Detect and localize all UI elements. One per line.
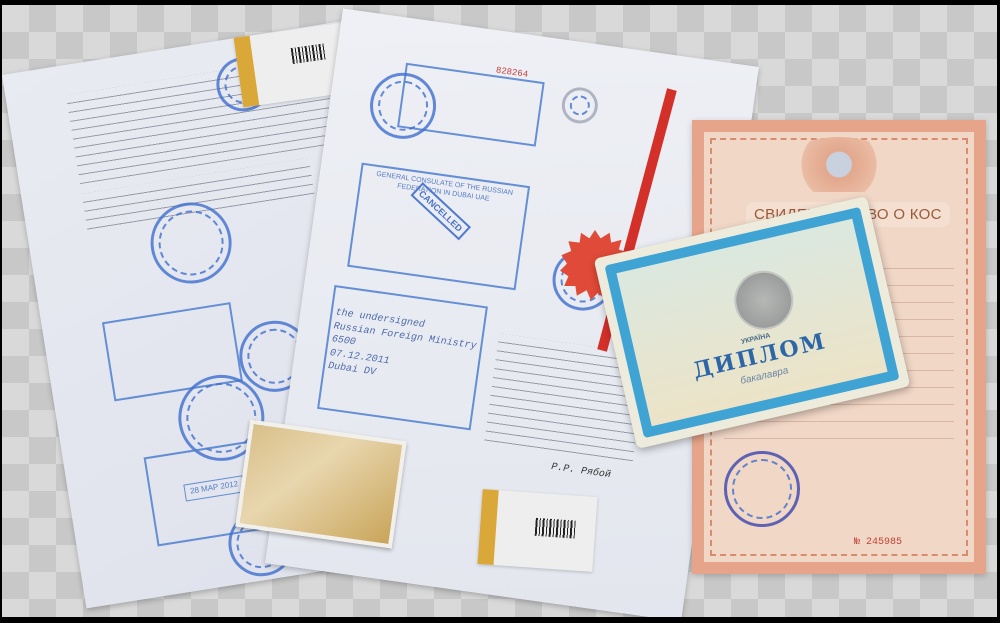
certificate-serial: № 245985 — [854, 537, 902, 548]
hologram-seal — [560, 85, 601, 126]
coat-of-arms-icon — [784, 137, 894, 192]
date-stamp-text: 28 МАР 2012 — [183, 475, 245, 501]
barcode — [291, 43, 327, 64]
consulate-stamp: GENERAL CONSULATE OF THE RUSSIAN FEDERAT… — [347, 163, 530, 291]
diploma-seal-icon — [728, 265, 799, 336]
photo-canvas: 28 МАР 2012 828264 GENERAL CONSULATE OF … — [2, 5, 997, 617]
certification-stamp: the undersigned Russian Foreign Ministry… — [317, 285, 488, 430]
signature-name: Р.Р. Рябой — [550, 462, 611, 481]
barcode — [535, 518, 576, 539]
round-stamp — [724, 451, 800, 527]
gold-hologram-card — [235, 420, 406, 549]
apostille-sticker — [478, 489, 598, 572]
